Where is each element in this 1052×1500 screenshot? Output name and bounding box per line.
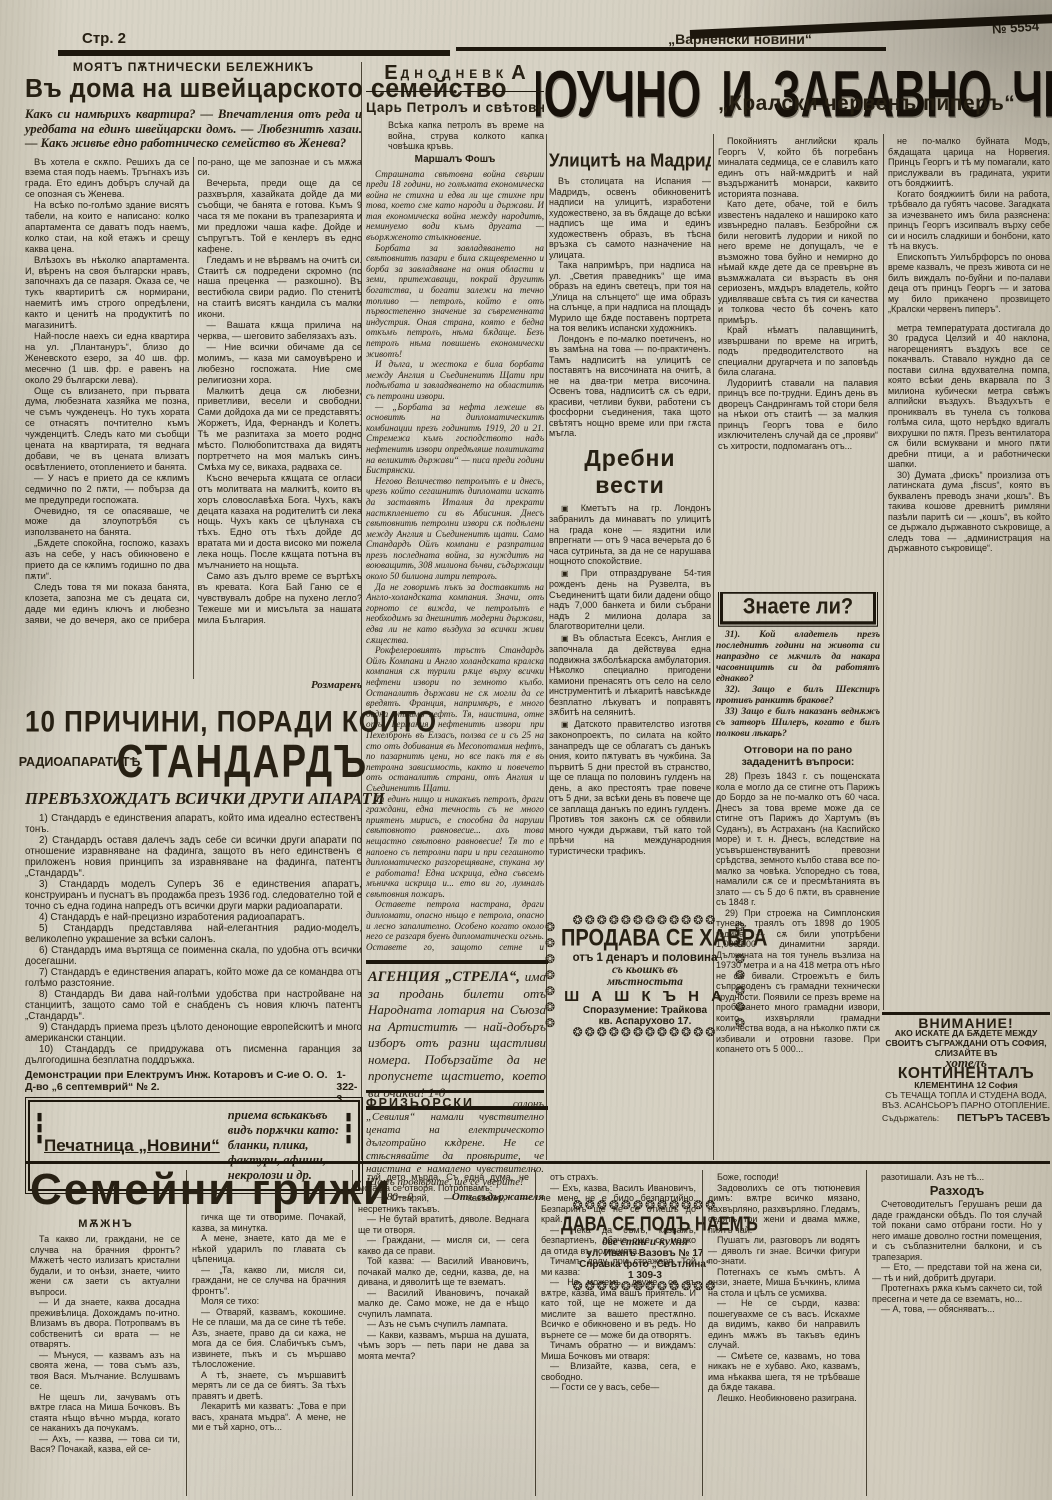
para: Лешко. Необикновено разиграна. (708, 1393, 860, 1404)
madrid-headline: Улицитѣ на Мадридъ (549, 150, 711, 172)
king-headline: „Кралски червенъ пиперъ“ (718, 92, 1052, 116)
ad-strela: АГЕНЦИЯ „СТРЕЛА“, има за продань билети … (366, 960, 548, 1110)
para: А тѣ, знаете, съ мършавитѣ мерятъ ли се … (192, 1370, 346, 1402)
razhod-headline: Разходъ (872, 1186, 1042, 1197)
para: Лондонъ е по-малко поетиченъ, но въ замѣ… (549, 334, 711, 439)
para: Въ хотела е скѫпо. Решихъ да се взема ст… (25, 157, 190, 201)
para: Влѣзохъ въ нѣколко апартамента. И, вѣрен… (25, 255, 190, 331)
para: Покойниятъ английски краль Георгъ V, кой… (718, 136, 878, 199)
para: И дълга, и жестока е била борбата между … (366, 359, 544, 401)
para: — Отваряй, казвамъ, кокошине. Не се плаш… (192, 1307, 346, 1370)
para: не по-малко буйната Модъ, бѫдащата цариц… (888, 136, 1050, 189)
havra-line: мѣстностьта (561, 976, 729, 988)
ad-item: 10) Стандардъ се придружава отъ писменна… (25, 1044, 362, 1066)
hotel-sig-label: Съдържатель: (882, 1113, 939, 1123)
para: Та единъ нищо и никакъвъ петролъ, драги … (366, 794, 544, 900)
right-misc-text: метра температурата достигала до 30 град… (888, 323, 1050, 554)
family-col-1: Та какво ли, граждани, не се случва на б… (30, 1234, 180, 1496)
para: — Нека да съмъ, казвамъ, безпартиенъ, об… (541, 1225, 696, 1257)
hotel-line1: АКО ИСКАТЕ ДА БѪДЕТЕ МЕЖДУ СВОИТѢ СЪГРАЖ… (882, 1028, 1050, 1058)
para: — Гости се у васъ, себе— (541, 1382, 696, 1393)
znaete-headline: Знаете ли? (720, 592, 876, 625)
para: — „Та, какво ли, мисля си, граждани, не … (192, 1265, 346, 1297)
ornament-rule: ● (366, 87, 544, 96)
havra-line: съ кьошкъ въ (561, 964, 729, 976)
answer: 29) При строежа на Симплонския тунель, т… (716, 908, 880, 1055)
ad-item: 1) Стандардъ е единствения апаратъ, койт… (25, 813, 362, 835)
ad-item: 8) Стандардъ Ви дава най-голѣми удобства… (25, 989, 362, 1022)
para: — Смѣете се, казвамъ, но това никакъ не … (708, 1351, 860, 1393)
king-body-right: не по-малко буйната Модъ, бѫдащата цариц… (888, 136, 1050, 315)
havra-contact: Споразумение: Трайкова (561, 1005, 729, 1016)
ad-item: 5) Стандардъ представлява най-елегантния… (25, 923, 362, 945)
para: — А, това, — обясняватъ... (872, 1304, 1042, 1315)
para: метра температурата достигала до 30 град… (888, 323, 1050, 470)
article-headline: Въ дома на швейцарското семейство (25, 74, 362, 104)
para: „Бѫдете спокойна, госпожо, казахъ азъ на… (25, 538, 190, 582)
para: — Какви, казвамъ, мърша на душата, чѣмъ … (358, 1330, 529, 1362)
column-rule (866, 1170, 867, 1496)
ad-brand-row: РАДИОАПАРАТИТѢ СТАНДАРДЪ (25, 741, 362, 783)
ad-item: 7) Стандардъ е единствения апаратъ, койт… (25, 967, 362, 989)
havra-place: Ш А Ш К Ъ Н А (561, 988, 729, 1005)
para: Потегнахъ се къмъ смѣтъ. А онзи, знаете,… (708, 1267, 860, 1299)
column-rule (352, 1170, 353, 1496)
para: Моля се тихо: (192, 1296, 346, 1307)
sevilia-head2: салонъ (513, 1098, 544, 1110)
para: Така напримѣръ, при надписа на ул. „Свет… (549, 260, 711, 334)
para: — Ето, — представи той на жена си, — тѣ … (872, 1262, 1042, 1283)
para: Лекаритѣ ми казватъ: „Това е при васъ, х… (192, 1401, 346, 1433)
family-col-4: отъ страхъ.— Ехъ, казва, Василъ Иванович… (541, 1172, 696, 1496)
news-item: Датското правителство изготвя законопрое… (549, 719, 711, 857)
column-madrid-drebni: Улицитѣ на Мадридъ Въ столицата на Испан… (549, 150, 711, 902)
para: Протегнахъ рѫка къмъ сакчето си, той пре… (872, 1283, 1042, 1304)
para: — Ехъ, казва, Василъ Ивановичъ, че мене … (541, 1183, 696, 1225)
article-signature: Розмаренъ (25, 679, 362, 691)
para: Най-после наехъ си една квартира на ул. … (25, 331, 190, 386)
ad-brand-small: РАДИОАПАРАТИТѢ (19, 756, 111, 768)
para: — Отваряй, — казвамъ, — несретникъ такъв… (358, 1193, 529, 1214)
strela-body: има за продань билети отъ Народната лота… (368, 969, 546, 1100)
para: Когато бояджиитѣ били на работа, трѣбвал… (888, 189, 1050, 252)
para: Не щешъ ли, зачувамъ отъ вѫтре гласа на … (30, 1392, 180, 1434)
para: — Василий Ивановичъ, почакай малко де. С… (358, 1288, 529, 1320)
para: Та какво ли, граждани, не се случва на б… (30, 1234, 180, 1297)
page-number: Стр. 2 (82, 30, 126, 47)
para: Оставете петрола настрана, драги диплома… (366, 899, 544, 955)
section-header-ednodnevka: Е ДНОДНЕВК А (366, 62, 544, 85)
znaete-li-section: Знаете ли? 31). Кой владетель презъ посл… (716, 592, 880, 1158)
ornament-dot: ● (450, 87, 461, 96)
para: Да не говоримъ пъкъ за доставкитѣ на Анг… (366, 582, 544, 646)
king-body-left: Покойниятъ английски краль Георгъ V, кой… (718, 136, 878, 586)
para: — Азъ не съмъ счупилъ лампата. (358, 1319, 529, 1330)
para: Малкитѣ деца сѫ любезни, приветливи, вес… (198, 386, 363, 473)
hotel-name-row: хотелъ КОНТИНЕНТАЛЪ (882, 1058, 1050, 1080)
ad-brand-big: СТАНДАРДЪ (117, 736, 368, 789)
para: Епископътъ Уилъбрфорсъ по онова време ка… (888, 252, 1050, 315)
family-headline: Семейни грижи (30, 1165, 392, 1215)
para: отъ страхъ. (541, 1172, 696, 1183)
family-col-3: туй дето мърда. Съ една дума, не мога да… (358, 1172, 529, 1496)
article-deck: Какъ си намѣрихъ квартира? — Впечатления… (25, 107, 362, 151)
ad-item: 6) Стандардъ има въртяща се поименна ска… (25, 945, 362, 967)
para: туй дето мърда. Съ една дума, не мога да… (358, 1172, 529, 1193)
para: Вечерьта, преди още да се разхвърля, хаз… (198, 178, 363, 254)
para: — Не се сърди, казва: пошегувахме се съ … (708, 1298, 860, 1351)
section-letter: Е (384, 62, 397, 85)
havra-title: ПРОДАВА СЕ ХАВРА (561, 925, 729, 953)
ad-hotel-kontinental: ВНИМАНИЕ! АКО ИСКАТЕ ДА БѪДЕТЕ МЕЖДУ СВО… (882, 1012, 1050, 1123)
madrid-body: Въ столицата на Испания — Мадридъ, освен… (549, 176, 711, 439)
petrol-headline: Царь Петролъ и свѣтовния пожаръ (366, 100, 544, 115)
drebni-headline: Дребни вести (549, 445, 711, 499)
para: 30) Думата „фискъ“ произлиза отъ латинск… (888, 470, 1050, 554)
para: А мене, знаете, като да ме е нѣкой удари… (192, 1233, 346, 1265)
para: — Влизайте, казва, сега, е свободно. (541, 1361, 696, 1382)
section-letter: А (511, 62, 525, 85)
section-divider (25, 1161, 1050, 1164)
havra-contact2: кв. Аспарухово 17. (561, 1016, 729, 1027)
ad-havra: ❂❂❂❂❂❂❂❂❂❂❂❂ ❂❂❂❂❂❂❂ ❂❂❂❂❂❂❂ ПРОДАВА СЕ … (545, 903, 745, 1049)
header-rule-left (58, 50, 450, 56)
razhod-body: Счетоводительтъ Герушанъ реши да даде гр… (872, 1199, 1042, 1315)
header-rule-center (456, 47, 886, 51)
para: — Ние всички обичаме да се молимъ, — каз… (198, 342, 363, 386)
news-item: Кметътъ на гр. Лондонъ забранилъ да мина… (549, 503, 711, 567)
fragment: разотишали. Азъ не тѣ... (872, 1172, 1042, 1183)
para: Борбата за завладяването на свѣтовнитѣ п… (366, 243, 544, 360)
family-col-6: разотишали. Азъ не тѣ... Разходъ Счетово… (872, 1172, 1042, 1496)
para: — „Борбата за нефта лежеше въ основитѣ н… (366, 402, 544, 476)
para: — Не бутай вратитѣ, дяволе. Веднага ще т… (358, 1214, 529, 1235)
family-kicker: МѪЖНЪ (30, 1218, 182, 1230)
news-item: При отпраздруване 54-тия рожденъ день на… (549, 568, 711, 632)
article-kicker: МОЯТЪ ПѪТНИЧЕСКИ БЕЛЕЖНИКЪ (25, 60, 362, 74)
column-rule (883, 134, 884, 1010)
para: Тичамъ обратно — и виждамъ: Миша Бочковъ… (541, 1340, 696, 1361)
para: — Граждани, — мисля си, — сега какво да … (358, 1235, 529, 1256)
para: Още съ влизането, при първата дума, любе… (25, 386, 190, 473)
question: 32). Защо е билъ Шекспиръ противъ ранкит… (716, 684, 880, 706)
answer: 28) Презъ 1843 г. съ пощенската кола е м… (716, 771, 880, 908)
para: — И да знаете, каква досадна преживѣлица… (30, 1297, 180, 1350)
sevilia-head: ФРИЗЬОРСКИ (366, 1096, 474, 1110)
znaete-answers: 28) Презъ 1843 г. съ пощенската кола е м… (716, 771, 880, 1055)
para: Само азъ дълго време се въртѣхъ въ крева… (198, 571, 363, 626)
rosette-border-left: ❂❂❂❂❂❂❂ (545, 917, 555, 1035)
para: Негово Величество петролътъ е и днесъ, ч… (366, 476, 544, 582)
para: Лудориитѣ ставали на палавия принцъ все … (718, 378, 878, 452)
para: Боже, господи! (708, 1172, 860, 1183)
ad-item: 9) Стандардъ приема презъ цѣлото денонощ… (25, 1022, 362, 1044)
answers-heading: Отговори на по рано зададенитѣ въпроси: (716, 744, 880, 768)
para: Пушатъ ли, разговоръ ли водятъ — дяволъ … (708, 1235, 860, 1267)
article-swiss-family: МОЯТЪ ПѪТНИЧЕСКИ БЕЛЕЖНИКЪ Въ дома на шв… (25, 60, 362, 691)
para: Рокфелеровиятъ тръстъ Стандардъ Ойлъ Ком… (366, 645, 544, 793)
para: Той казва: — Василий Ивановичъ, почакай … (358, 1256, 529, 1288)
ad-item: 2) Стандардъ оставя далечъ задъ себе си … (25, 835, 362, 879)
ad-standard-radio: 10 ПРИЧИНИ, ПОРАДИ КОИТО РАДИОАПАРАТИТѢ … (25, 704, 362, 1105)
hotel-attention: ВНИМАНИЕ! (882, 1018, 1050, 1028)
para: Задоволихъ се отъ тютюневия димъ: вѫтре … (708, 1183, 860, 1236)
family-col-5: Боже, господи!Задоволихъ се отъ тютюневи… (708, 1172, 860, 1496)
para: — Вашата кѫща прилича на черква, — шегов… (198, 320, 363, 342)
znaete-questions: 31). Кой владетель презъ последнитѣ годи… (716, 629, 880, 739)
para: Страшната свѣтовна война свърши преди 18… (366, 169, 544, 243)
column-rule (186, 1170, 187, 1496)
article-body: Въ хотела е скѫпо. Решихъ да се взема ст… (25, 157, 362, 679)
newspaper-page: Стр. 2 „Варненски новини“ № 5554 Поучно … (0, 0, 1052, 1500)
news-item: Въ областьта Есексъ, Англия е започнала … (549, 633, 711, 718)
rosette-border-bottom: ❂❂❂❂❂❂❂❂❂❂❂❂ (561, 1027, 729, 1037)
ad-items: 1) Стандардъ е единствения апаратъ, койт… (25, 813, 362, 1066)
para: Късно вечерьта кѫщата се огласи отъ моли… (198, 473, 363, 571)
epigraph-author: Маршалъ Фошъ (366, 154, 544, 165)
para: Очевидно, тя се опасяваше, че може да зл… (25, 506, 190, 539)
para: Край нѣматъ палавщинитѣ, извършвани по в… (718, 325, 878, 378)
ad-item: 3) Стандардъ моделъ Суперъ 36 е единстве… (25, 879, 362, 912)
para: Въ столицата на Испания — Мадридъ, освен… (549, 176, 711, 260)
para: На всѣко по-голѣмо здание висятъ табели,… (25, 200, 190, 255)
hotel-sig-name: ПЕТЪРЪ ТАСЕВЪ (957, 1113, 1050, 1123)
petrol-body: Страшната свѣтовна война свърши преди 18… (366, 169, 544, 956)
havra-line: отъ 1 денаръ и половина (561, 952, 729, 964)
para: гичка ще ти отвориме. Почакай, казва, за… (192, 1212, 346, 1233)
right-column-body: не по-малко буйната Модъ, бѫдащата цариц… (888, 136, 1050, 1006)
para: — Не можемъ, друже, се въ вѫтре, казва, … (541, 1277, 696, 1340)
para: — У насъ е прието да се кѫпимъ седмично … (25, 473, 190, 506)
section-word: ДНОДНЕВК (401, 67, 509, 81)
question: 31). Кой владетель презъ последнитѣ годи… (716, 629, 880, 684)
ad-item: 4) Стандардъ е най-прецизно изработения … (25, 912, 362, 923)
ad-title-line: 10 ПРИЧИНИ, ПОРАДИ КОИТО (25, 704, 362, 740)
epigraph: Всѣка капка петролъ въ време на война, с… (388, 120, 544, 152)
family-col-2: гичка ще ти отвориме. Почакай, казва, за… (192, 1212, 346, 1496)
question: 33) Защо е билъ наказанъ веднѫжъ съ затв… (716, 706, 880, 739)
para: Гледамъ и не вѣрвамъ на очитѣ си. Стаитѣ… (198, 255, 363, 320)
article-petrol: Е ДНОДНЕВК А ● Царь Петролъ и свѣтовния … (366, 62, 544, 955)
para: Тичамъ долу при стражаря. Той ми казва: (541, 1256, 696, 1277)
print-shop-name: Печатница „Новини“ (44, 1136, 220, 1156)
strela-title: АГЕНЦИЯ „СТРЕЛА“, (368, 969, 520, 985)
para: — Ахъ, — казва, — това си ти, Вася? Поча… (30, 1434, 180, 1455)
rosette-border-top: ❂❂❂❂❂❂❂❂❂❂❂❂ (561, 915, 729, 925)
column-rule (702, 1170, 703, 1496)
drebni-items: Кметътъ на гр. Лондонъ забранилъ да мина… (549, 503, 711, 857)
para: Като дете, обаче, той е билъ известенъ н… (718, 199, 878, 325)
column-rule (535, 1170, 536, 1496)
hotel-signature-row: Съдържатель: ПЕТЪРЪ ТАСЕВЪ (882, 1113, 1050, 1123)
para: Счетоводительтъ Герушанъ реши да даде гр… (872, 1199, 1042, 1262)
para: — Мънуся, — казвамъ азъ на своята жена, … (30, 1350, 180, 1392)
ad-subtitle: ПРЕВЪЗХОЖДАТЪ ВСИЧКИ ДРУГИ АПАРАТИ (25, 789, 362, 809)
hotel-line2: СЪ ТЕЧАЩА ТОПЛА И СТУДЕНА ВОДА, ВЪЗ. АСА… (882, 1090, 1050, 1110)
